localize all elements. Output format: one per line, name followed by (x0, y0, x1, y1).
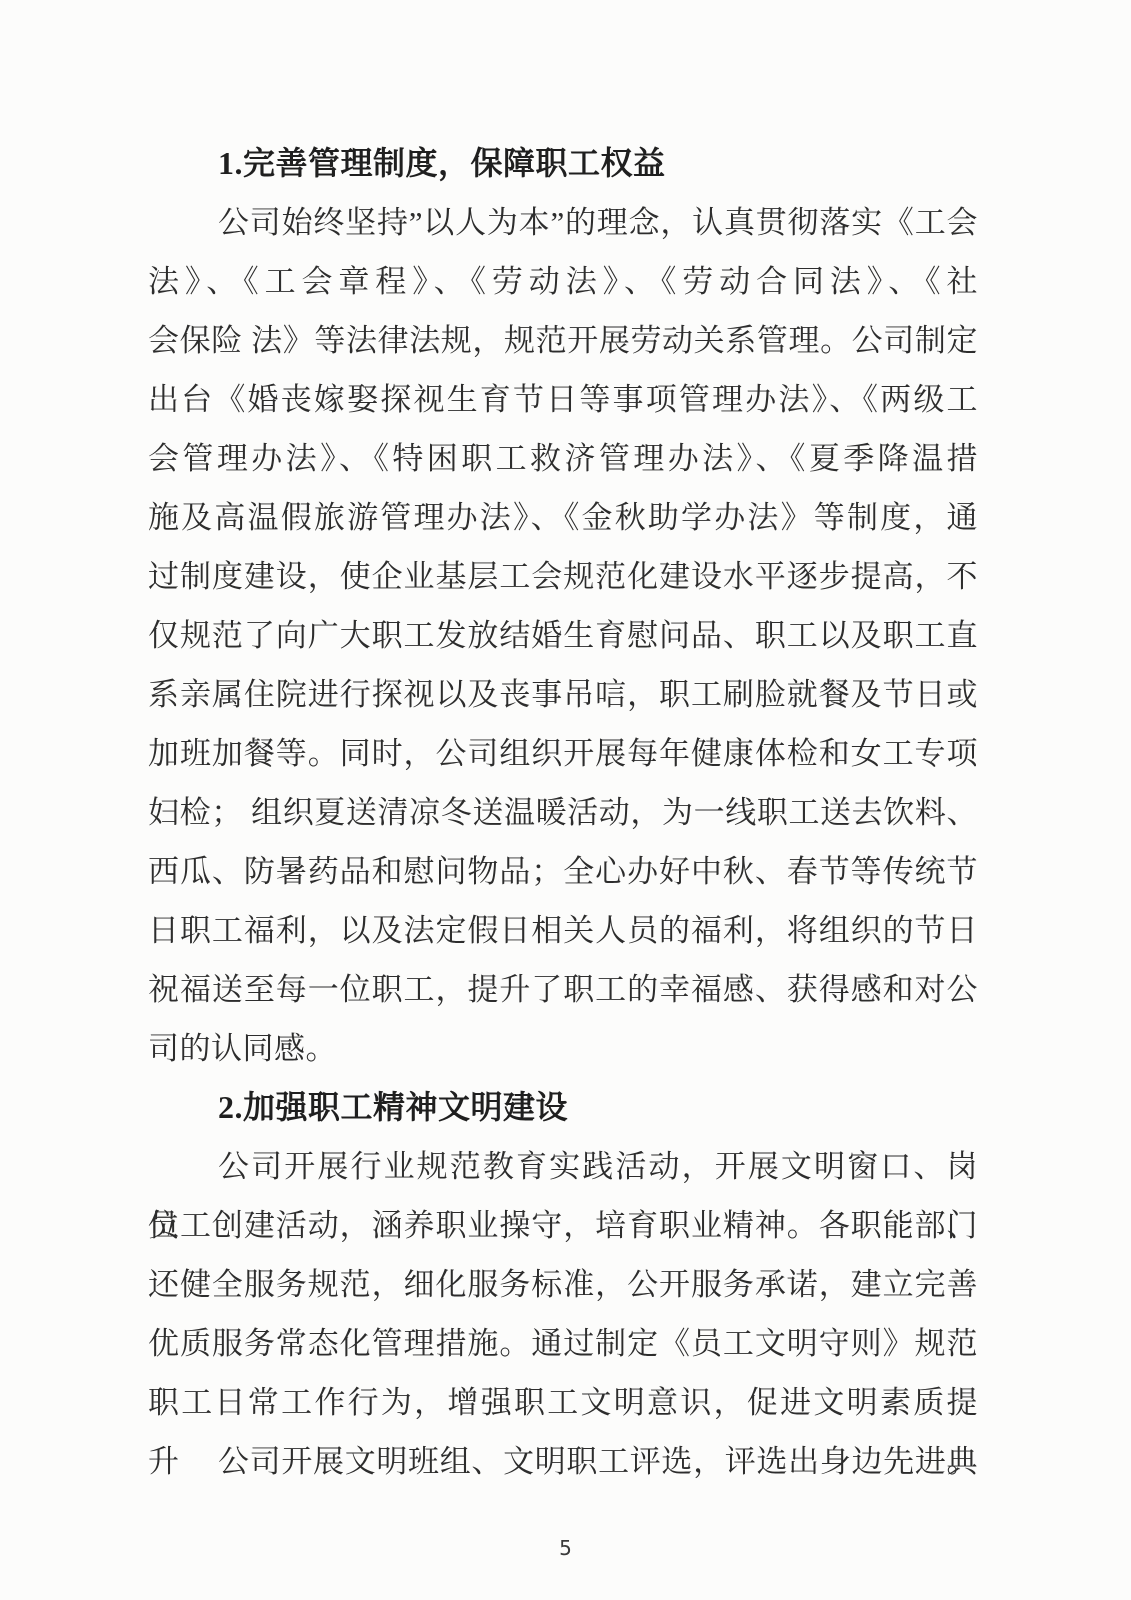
text-line: 优质服务常态化管理措施。通过制定《员工文明守则》规范 (148, 1314, 978, 1373)
text-line: 还健全服务规范，细化服务标准，公开服务承诺，建立完善 (148, 1255, 978, 1314)
text-line: 仅规范了向广大职工发放结婚生育慰问品、职工以及职工直 (148, 606, 978, 665)
text-line: 会管理办法》、《特困职工救济管理办法》、《夏季降温措 (148, 429, 978, 488)
text-line: 公司始终坚持”以人为本”的理念，认真贯彻落实《工会 (148, 193, 978, 252)
text-line: 系亲属住院进行探视以及丧事吊唁，职工刷脸就餐及节日或 (148, 665, 978, 724)
text-line: 过制度建设，使企业基层工会规范化建设水平逐步提高，不 (148, 547, 978, 606)
text-line: 法》、《工会章程》、《劳动法》、《劳动合同法》、《社 (148, 252, 978, 311)
section-1-heading: 1.完善管理制度，保障职工权益 (148, 134, 978, 193)
text-line: 会保险 法》等法律法规，规范开展劳动关系管理。公司制定 (148, 311, 978, 370)
document-body: 1.完善管理制度，保障职工权益 公司始终坚持”以人为本”的理念，认真贯彻落实《工… (148, 134, 978, 1491)
section-2-heading: 2.加强职工精神文明建设 (148, 1078, 978, 1137)
text-line: 员工创建活动，涵养职业操守，培育职业精神。各职能部门 (148, 1196, 978, 1255)
text-line: 司的认同感。 (148, 1019, 978, 1078)
text-line: 日职工福利，以及法定假日相关人员的福利，将组织的节日 (148, 901, 978, 960)
text-line: 公司开展行业规范教育实践活动，开展文明窗口、岗位、 (148, 1137, 978, 1196)
text-line: 妇检； 组织夏送清凉冬送温暖活动，为一线职工送去饮料、 (148, 783, 978, 842)
document-page: 1.完善管理制度，保障职工权益 公司始终坚持”以人为本”的理念，认真贯彻落实《工… (0, 0, 1131, 1600)
text-line: 出台《婚丧嫁娶探视生育节日等事项管理办法》、《两级工 (148, 370, 978, 429)
text-line: 加班加餐等。同时，公司组织开展每年健康体检和女工专项 (148, 724, 978, 783)
text-line: 公司开展文明班组、文明职工评选，评选出身边先进典 (148, 1432, 978, 1491)
text-line: 祝福送至每一位职工，提升了职工的幸福感、获得感和对公 (148, 960, 978, 1019)
text-line: 职工日常工作行为，增强职工文明意识，促进文明素质提升。 (148, 1373, 978, 1432)
text-line: 西瓜、防暑药品和慰问物品；全心办好中秋、春节等传统节 (148, 842, 978, 901)
text-line: 施及高温假旅游管理办法》、《金秋助学办法》等制度，通 (148, 488, 978, 547)
page-number: 5 (0, 1536, 1131, 1560)
